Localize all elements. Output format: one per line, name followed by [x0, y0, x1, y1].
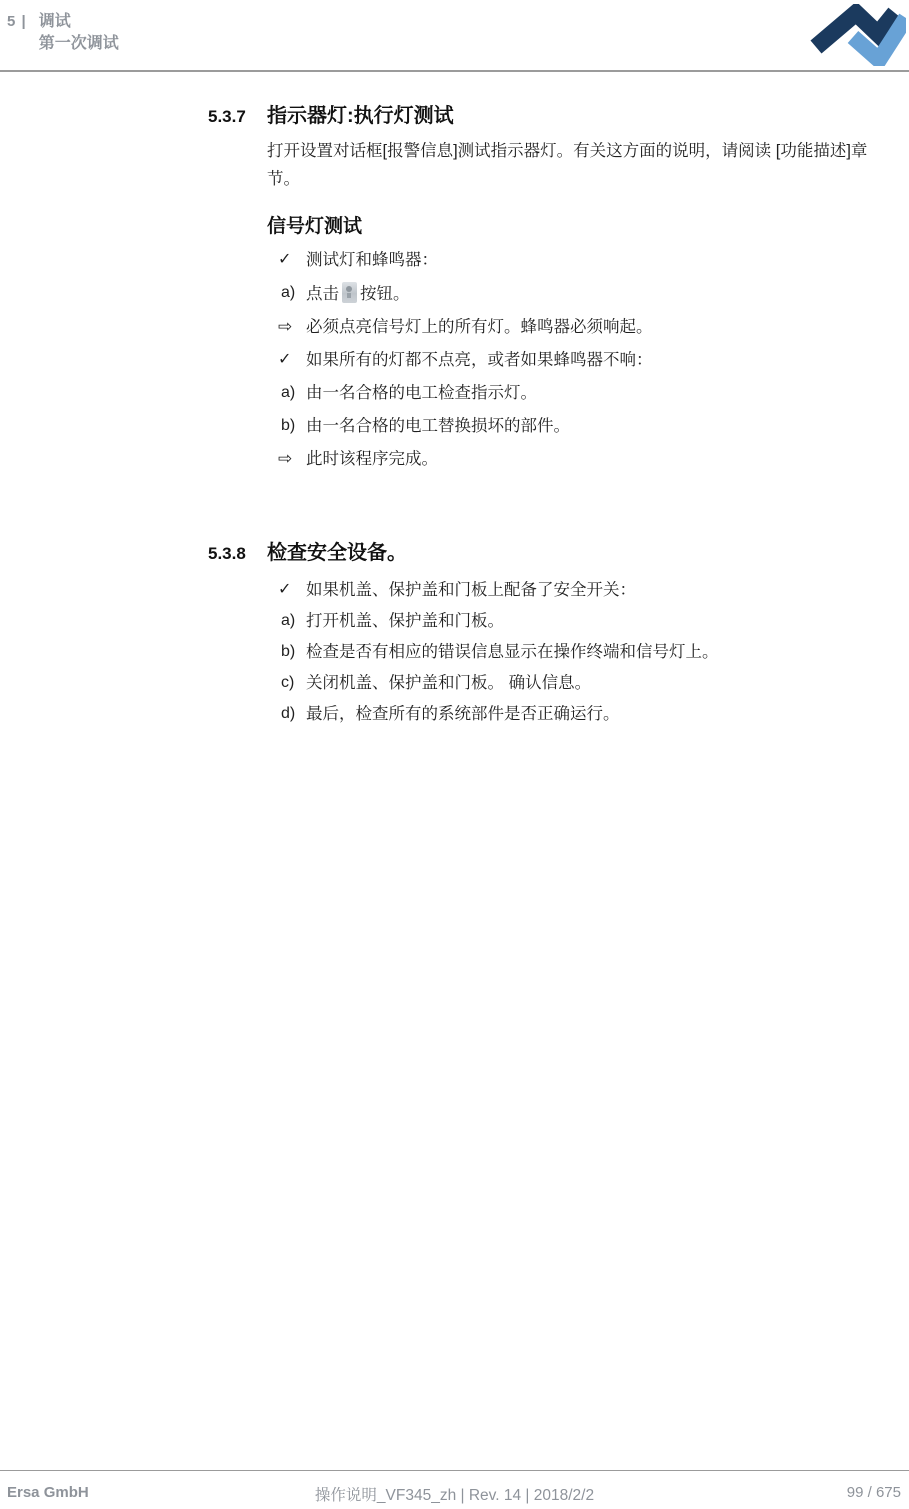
chapter-number: 5 | — [7, 11, 27, 32]
list-item-text: 最后，检查所有的系统部件是否正确运行。 — [306, 703, 620, 725]
list-item-text: 关闭机盖、保护盖和门板。 确认信息。 — [306, 672, 591, 694]
section-number: 5.3.8 — [208, 544, 267, 564]
section-heading-5-3-7: 5.3.7 指示器灯:执行灯测试 — [208, 104, 909, 128]
lamp-button-icon — [342, 282, 357, 303]
list-item-text: 由一名合格的电工检查指示灯。 — [306, 382, 537, 404]
section-title: 指示器灯:执行灯测试 — [267, 104, 454, 128]
list-item-text: 此时该程序完成。 — [306, 448, 438, 470]
letter-marker: a) — [278, 382, 306, 404]
footer-page-number: 99 / 675 — [847, 1484, 901, 1501]
letter-marker: b) — [278, 641, 306, 663]
list-item: ⇨ 必须点亮信号灯上的所有灯。蜂鸣器必须响起。 — [0, 316, 909, 338]
section-heading-5-3-8: 5.3.8 检查安全设备。 — [208, 541, 909, 565]
document-body: 5.3.7 指示器灯:执行灯测试 打开设置对话框[报警信息]测试指示器灯。有关这… — [0, 70, 909, 734]
list-item-text: 如果所有的灯都不点亮，或者如果蜂鸣器不响： — [306, 349, 653, 371]
text-before-icon: 点击 — [306, 285, 339, 303]
section-intro-paragraph: 打开设置对话框[报警信息]测试指示器灯。有关这方面的说明，请阅读 [功能描述]章… — [267, 137, 883, 193]
list-item: ⇨ 此时该程序完成。 — [0, 448, 909, 470]
chapter-title: 调试 — [39, 11, 119, 33]
ersa-logo-icon — [805, 4, 906, 66]
page-footer: Ersa GmbH 操作说明_VF345_zh | Rev. 14 | 2018… — [0, 1470, 909, 1509]
list-item-text: 必须点亮信号灯上的所有灯。蜂鸣器必须响起。 — [306, 316, 653, 338]
chapter-subtitle: 第一次调试 — [39, 33, 119, 55]
list-item: a) 点击按钮。 — [0, 282, 909, 305]
chapter-breadcrumb: 5 | 调试 第一次调试 — [7, 11, 119, 55]
check-marker: ✓ — [278, 579, 306, 601]
letter-marker: a) — [278, 610, 306, 632]
list-item: a) 打开机盖、保护盖和门板。 — [0, 610, 909, 632]
result-arrow-marker: ⇨ — [278, 448, 306, 470]
procedure-list-5-3-7: ✓ 测试灯和蜂鸣器： a) 点击按钮。 ⇨ 必须点亮信号灯上的所有灯。蜂鸣器必须… — [0, 249, 909, 470]
list-item: c) 关闭机盖、保护盖和门板。 确认信息。 — [0, 672, 909, 694]
procedure-list-5-3-8: ✓ 如果机盖、保护盖和门板上配备了安全开关： a) 打开机盖、保护盖和门板。 b… — [0, 579, 909, 725]
list-item: ✓ 如果所有的灯都不点亮，或者如果蜂鸣器不响： — [0, 349, 909, 371]
list-item: d) 最后，检查所有的系统部件是否正确运行。 — [0, 703, 909, 725]
list-item-text: 打开机盖、保护盖和门板。 — [306, 610, 504, 632]
list-item: b) 检查是否有相应的错误信息显示在操作终端和信号灯上。 — [0, 641, 909, 663]
footer-document-info: 操作说明_VF345_zh | Rev. 14 | 2018/2/2 — [0, 1483, 909, 1505]
section-number: 5.3.7 — [208, 107, 267, 127]
subsection-heading: 信号灯测试 — [267, 215, 909, 239]
result-arrow-marker: ⇨ — [278, 316, 306, 338]
section-title: 检查安全设备。 — [267, 541, 407, 565]
list-item: b) 由一名合格的电工替换损坏的部件。 — [0, 415, 909, 437]
list-item-text: 由一名合格的电工替换损坏的部件。 — [306, 415, 570, 437]
text-after-icon: 按钮。 — [360, 285, 410, 303]
page-header: 5 | 调试 第一次调试 — [0, 0, 909, 72]
list-item: ✓ 测试灯和蜂鸣器： — [0, 249, 909, 271]
list-item-text: 如果机盖、保护盖和门板上配备了安全开关： — [306, 579, 636, 601]
list-item-text: 测试灯和蜂鸣器： — [306, 249, 438, 271]
list-item-text: 检查是否有相应的错误信息显示在操作终端和信号灯上。 — [306, 641, 719, 663]
letter-marker: c) — [278, 672, 306, 694]
letter-marker: d) — [278, 703, 306, 725]
letter-marker: a) — [278, 282, 306, 304]
list-item-text: 点击按钮。 — [306, 282, 410, 305]
list-item: ✓ 如果机盖、保护盖和门板上配备了安全开关： — [0, 579, 909, 601]
check-marker: ✓ — [278, 249, 306, 271]
check-marker: ✓ — [278, 349, 306, 371]
list-item: a) 由一名合格的电工检查指示灯。 — [0, 382, 909, 404]
letter-marker: b) — [278, 415, 306, 437]
